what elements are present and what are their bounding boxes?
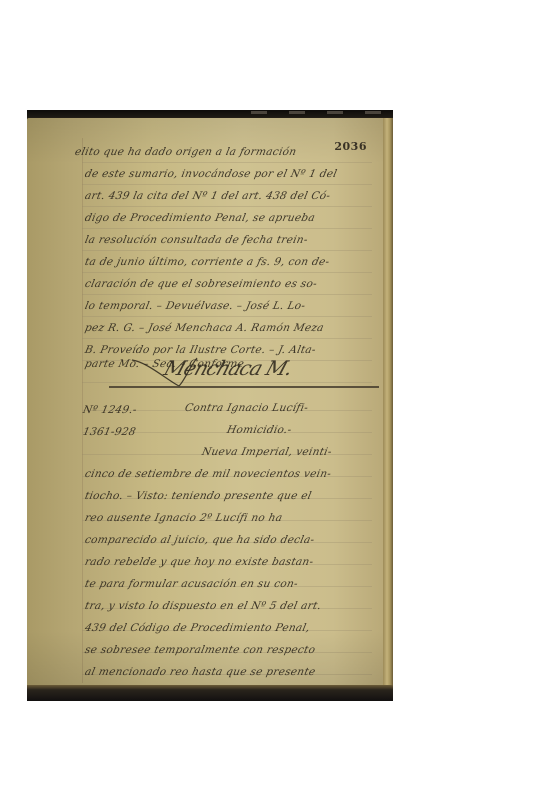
handwritten-line: se sobresee temporalmente con respecto — [84, 644, 317, 656]
handwritten-line: ta de junio último, corriente a fs. 9, c… — [84, 256, 331, 268]
case-title: Contra Ignacio Lucífi- — [184, 402, 310, 414]
handwritten-line: pez R. G. – José Menchaca A. Ramón Meza — [84, 322, 325, 334]
handwritten-line: tra, y visto lo dispuesto en el Nº 5 del… — [84, 600, 323, 612]
handwritten-line: art. 439 la cita del Nº 1 del art. 438 d… — [84, 190, 332, 202]
handwritten-line: te para formular acusación en su con- — [84, 578, 299, 590]
handwritten-line: reo ausente Ignacio 2º Lucífi no ha — [84, 512, 284, 524]
handwritten-line: comparecido al juicio, que ha sido decla… — [84, 534, 316, 546]
ruled-line — [82, 294, 372, 295]
ledger-page: 2036 elito que ha dado origen a la forma… — [27, 118, 387, 688]
case-subtitle: Homicidio.- — [226, 424, 293, 436]
case-number: Nº 1249.- — [82, 404, 138, 416]
handwritten-line: Nueva Imperial, veinti- — [201, 446, 333, 458]
ruled-line — [82, 316, 372, 317]
folio-number: 2036 — [334, 140, 367, 153]
signature-text: Menchaca M. — [161, 356, 295, 380]
case-reference: 1361-928 — [82, 426, 137, 438]
handwritten-line: cinco de setiembre de mil novecientos ve… — [84, 468, 333, 480]
section-divider — [109, 386, 379, 388]
ruled-line — [82, 206, 372, 207]
handwritten-line: la resolución consultada de fecha trein- — [84, 234, 309, 246]
handwritten-line: 439 del Código de Procedimiento Penal, — [84, 622, 311, 634]
binding-bottom-shadow — [27, 685, 393, 701]
ruled-line — [82, 250, 372, 251]
handwritten-line: lo temporal. – Devuélvase. – José L. Lo- — [84, 300, 307, 312]
handwritten-line: rado rebelde y que hoy no existe bastan- — [84, 556, 315, 568]
handwritten-line: tiocho. – Visto: teniendo presente que e… — [84, 490, 313, 502]
ledger-tabs — [251, 111, 381, 114]
handwritten-line: al mencionado reo hasta que se presente — [84, 666, 317, 678]
handwritten-line: elito que ha dado origen a la formación — [74, 146, 298, 158]
handwritten-line: de este sumario, invocándose por el Nº 1… — [84, 168, 338, 180]
document-photo: 2036 elito que ha dado origen a la forma… — [27, 110, 393, 701]
ruled-line — [82, 338, 372, 339]
handwritten-line: claración de que el sobreseimiento es so… — [84, 278, 319, 290]
ruled-line — [82, 228, 372, 229]
page-edge — [383, 118, 393, 690]
ruled-line — [82, 272, 372, 273]
handwritten-line: digo de Procedimiento Penal, se aprueba — [84, 212, 317, 224]
ruled-line — [82, 162, 372, 163]
ruled-line — [82, 184, 372, 185]
